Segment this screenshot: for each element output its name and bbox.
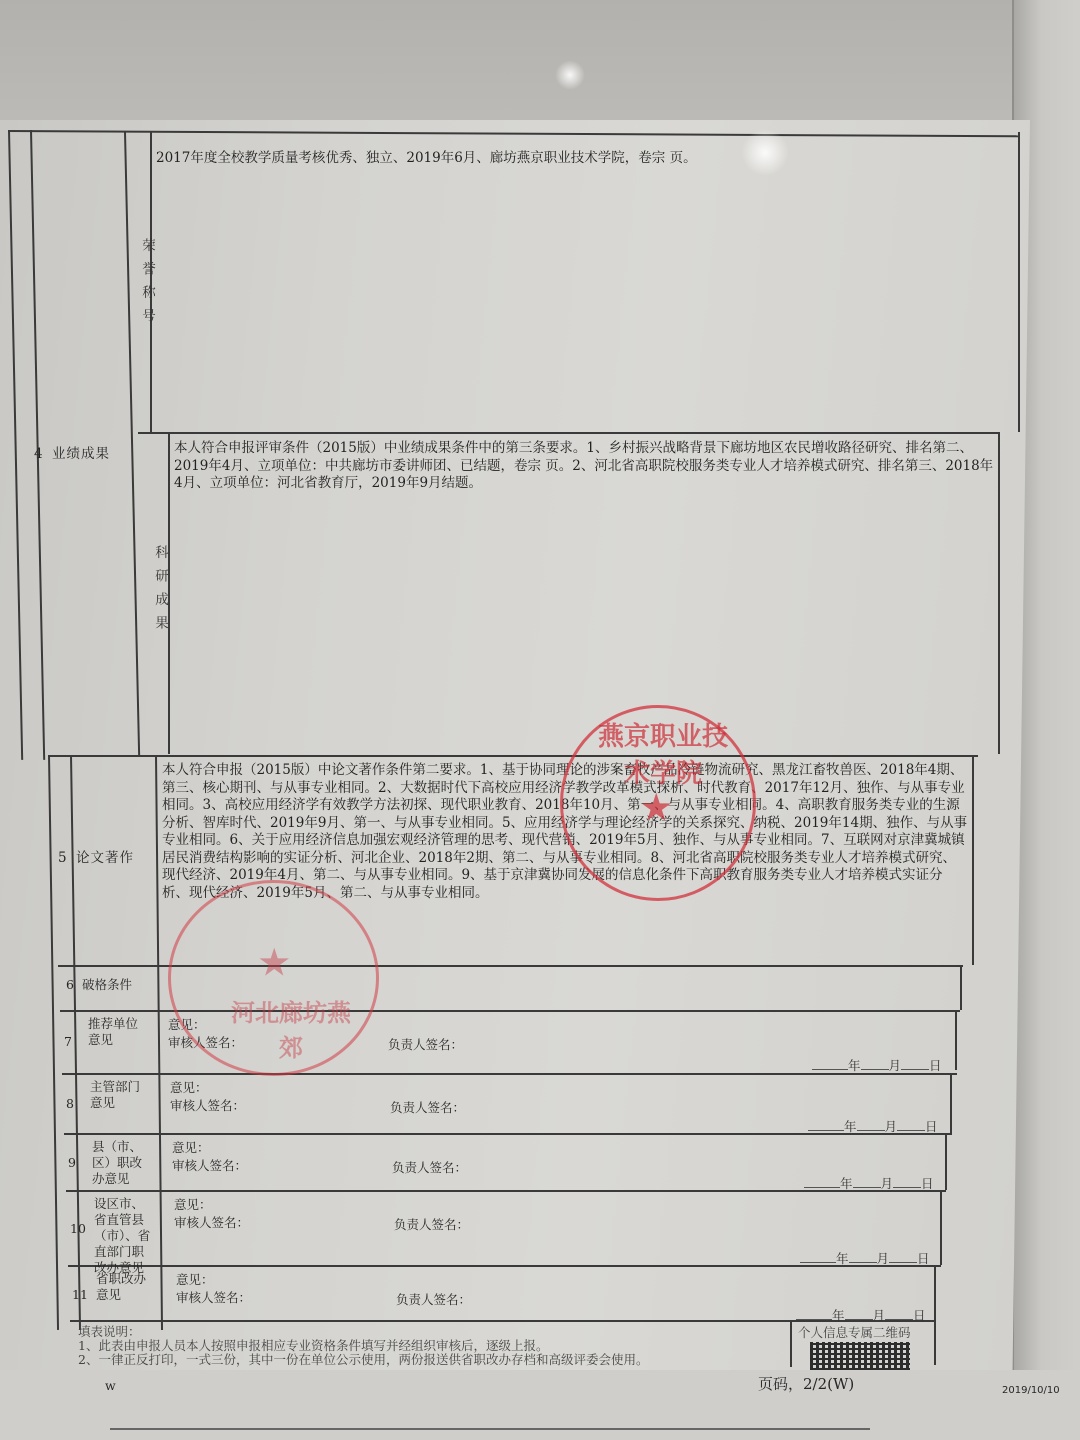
red-seal-top: 燕京职业技术学院 ★ [560,705,756,901]
leader-signature-label: 负责人签名： [394,1216,469,1234]
section5-number: 5 [58,850,67,868]
seal-star-icon: ★ [259,943,289,983]
red-seal-bottom: 河北廊坊燕郊 ★ [168,880,379,1076]
section5-label: 论文著作 [76,850,134,868]
row-label: 设区市、省直管县（市）、省直部门职改办意见 [94,1196,156,1276]
reviewer-signature-label: 审核人签名： [172,1157,247,1175]
row-label: 推荐单位意见 [88,1016,150,1048]
research-content: 本人符合申报评审条件（2015版）中业绩成果条件中的第三条要求。1、乡村振兴战略… [174,440,996,493]
leader-signature-label: 负责人签名： [392,1159,467,1177]
row-number: 9 [68,1154,76,1172]
opinion-label: 意见： [176,1271,214,1289]
photo-glare [740,130,790,175]
signature-date: 年月日 [812,1056,942,1074]
honors-label: 荣誉称号 [137,238,157,332]
leader-signature-label: 负责人签名： [396,1291,471,1309]
honors-research-divider [138,432,1000,434]
section6-number: 6 [66,976,74,994]
opinion-label: 意见： [170,1079,208,1097]
table-border-right-research [998,432,1000,754]
row10-right-border [940,1190,942,1265]
footer-left-mark: w [105,1377,116,1395]
row-label: 主管部门意见 [90,1079,152,1111]
row11-right-border [934,1265,936,1365]
section6-label: 破格条件 [82,976,132,994]
print-date: 2019/10/10 [1002,1382,1060,1400]
seal-star-icon: ★ [641,788,671,828]
opinion-label: 意见： [174,1196,212,1214]
signature-date: 年月日 [800,1249,930,1267]
row7-right-border [955,1010,957,1070]
reviewer-signature-label: 审核人签名： [170,1097,245,1115]
research-label: 科研成果 [150,545,170,639]
qr-code [810,1342,910,1370]
footer-sheet [0,1370,1080,1440]
row-number: 10 [70,1220,86,1238]
table-border-right [1018,132,1020,432]
leader-signature-label: 负责人签名： [390,1099,465,1117]
notes-item-2: 2、一律正反打印，一式三份，其中一份在单位公示使用，两份报送供省职改办存档和高级… [78,1351,648,1369]
qr-box-divider [790,1322,792,1367]
reviewer-signature-label: 审核人签名： [174,1214,249,1232]
row-label: 县（市、区）职改办意见 [92,1139,154,1187]
section4-label: 业绩成果 [52,446,110,464]
signature-date: 年月日 [796,1306,926,1324]
section5-right-border [972,755,974,965]
row-number: 8 [66,1095,74,1113]
row-number: 11 [72,1286,88,1304]
reviewer-signature-label: 审核人签名： [176,1289,251,1307]
signature-date: 年月日 [808,1117,938,1135]
next-table-top-line [110,1428,870,1430]
section4-number: 4 [34,446,43,464]
row-label: 省职改办意见 [96,1271,158,1303]
page-number: 页码，2/2(W) [758,1376,854,1394]
photo-glare [555,60,585,90]
row9-right-border [945,1133,947,1190]
opinion-label: 意见： [172,1139,210,1157]
row-number: 7 [64,1033,72,1051]
section5-top-line [48,755,978,757]
honors-content: 2017年度全校教学质量考核优秀、独立、2019年6月、廊坊燕京职业技术学院，卷… [156,150,1006,168]
signature-date: 年月日 [804,1174,934,1192]
qr-label: 个人信息专属二维码 [798,1324,911,1342]
leader-signature-label: 负责人签名： [388,1036,463,1054]
row8-right-border [950,1073,952,1133]
section6-right-border [960,965,962,1010]
